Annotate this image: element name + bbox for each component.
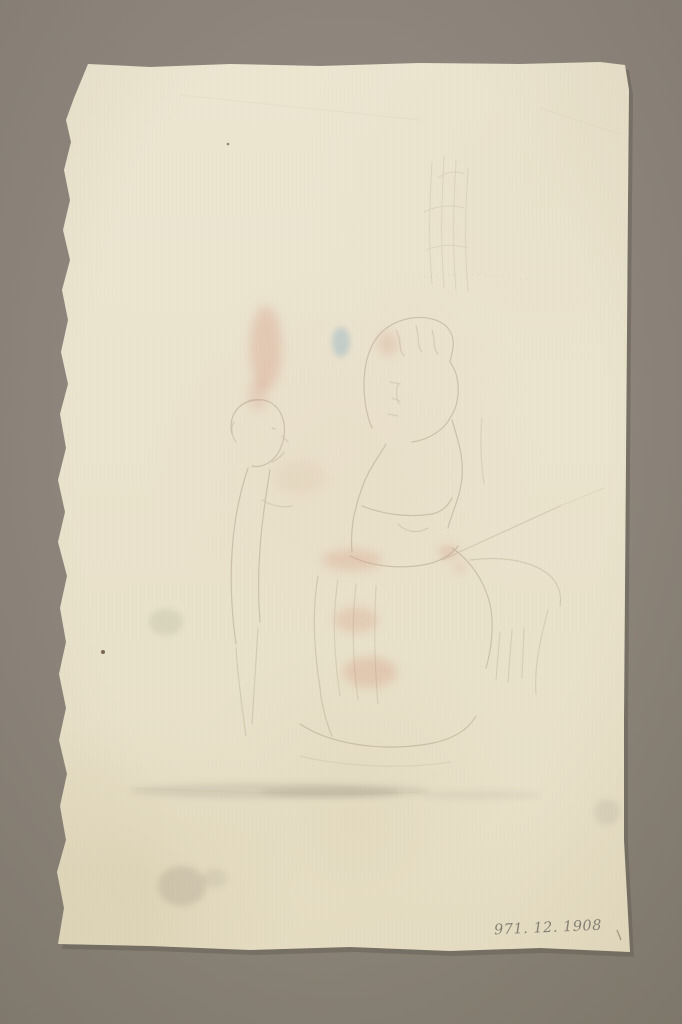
sketch-drawing	[0, 0, 682, 1024]
red-chalk-traces	[248, 306, 466, 687]
small-figure-sketch	[231, 399, 292, 736]
blue-chalk-trace	[332, 327, 350, 357]
tree-hatching-sketch	[424, 156, 468, 292]
paper-specks	[101, 143, 621, 940]
paper-creases	[130, 95, 620, 794]
large-figure-sketch	[300, 317, 604, 766]
photo-backdrop: 971. 12. 1908	[0, 0, 682, 1024]
paper-sheet: 971. 12. 1908	[0, 0, 682, 1024]
